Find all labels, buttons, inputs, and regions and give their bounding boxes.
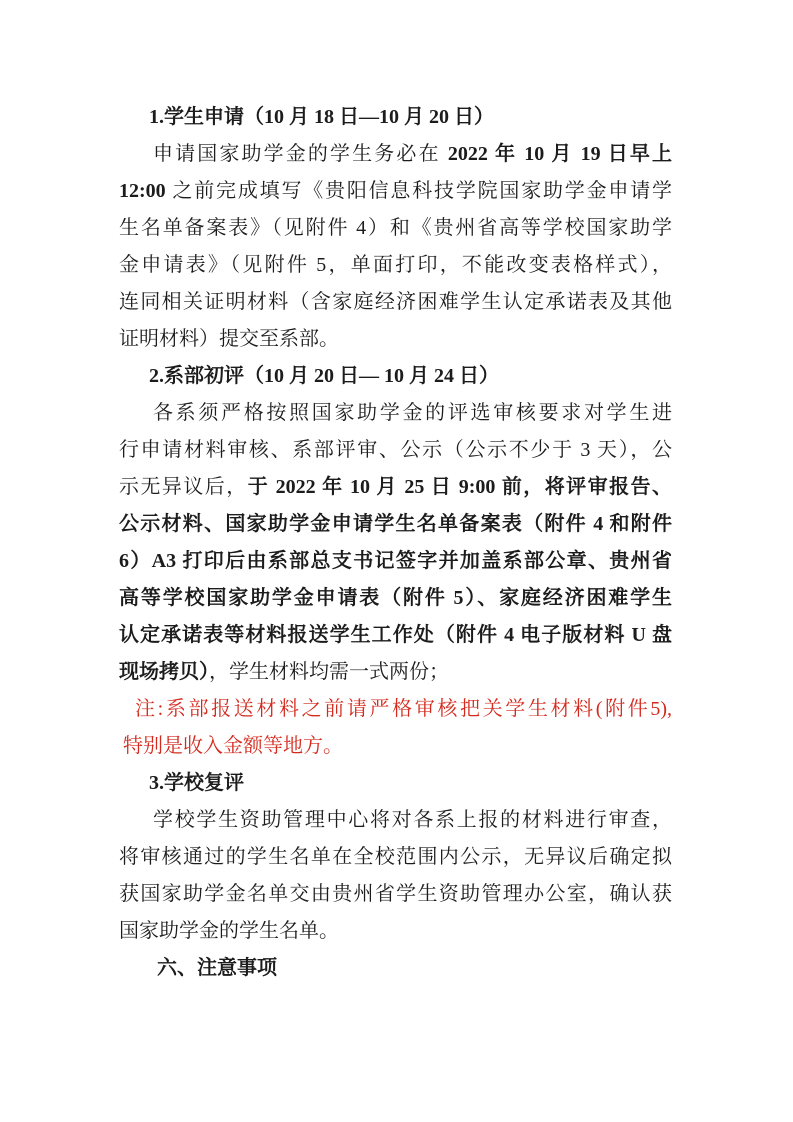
document-content: 1.学生申请（10 月 18 日—10 月 20 日）申请国家助学金的学生务必在… [119,99,672,987]
text-segment: 6）A3 打印后由系部总支书记签字并加盖系部公章、贵州省 [119,550,672,572]
section-heading-student-apply: 1.学生申请（10 月 18 日—10 月 20 日） [119,99,672,136]
para-apply-line-4: 金申请表》（见附件 5，单面打印，不能改变表格样式）， [119,247,672,284]
text-segment: 于 2022 年 10 月 25 日 9:00 前，将评审报告、 [248,476,672,498]
para-apply-line-6: 证明材料）提交至系部。 [119,321,672,358]
para-dept-line-5: 6）A3 打印后由系部总支书记签字并加盖系部公章、贵州省 [119,543,672,580]
para-school-line-1: 学校学生资助管理中心将对各系上报的材料进行审查， [119,802,672,839]
section-heading-notes: 六、注意事项 [119,950,672,987]
para-dept-line-4: 公示材料、国家助学金申请学生名单备案表（附件 4 和附件 [119,506,672,543]
text-segment: 高等学校国家助学金申请表（附件 5）、家庭经济困难学生 [119,587,672,609]
text-segment: 各系须严格按照国家助学金的评选审核要求对学生进 [153,402,672,424]
para-apply-line-3: 生名单备案表》（见附件 4）和《贵州省高等学校国家助学 [119,210,672,247]
text-segment: 获国家助学金名单交由贵州省学生资助管理办公室，确认获 [119,883,672,905]
red-note-line-1: 注:系部报送材料之前请严格审核把关学生材料(附件5), [119,691,672,728]
para-dept-line-1: 各系须严格按照国家助学金的评选审核要求对学生进 [119,395,672,432]
para-dept-line-8: 现场拷贝），学生材料均需一式两份； [119,654,672,691]
text-segment: 之前完成填写《贵阳信息科技学院国家助学金申请学 [166,180,672,202]
para-dept-line-2: 行申请材料审核、系部评审、公示（公示不少于 3 天），公 [119,432,672,469]
text-segment: 申请国家助学金的学生务必在 [153,143,448,165]
text-segment: 将审核通过的学生名单在全校范围内公示，无异议后确定拟 [119,846,672,868]
text-segment: 国家助学金的学生名单。 [119,920,339,942]
text-segment: 2022 年 10 月 19 日早上 [448,143,672,165]
text-segment: 行申请材料审核、系部评审、公示（公示不少于 3 天），公 [119,439,672,461]
text-segment: 2.系部初评（10 月 20 日— 10 月 24 日） [149,365,499,387]
para-school-line-4: 国家助学金的学生名单。 [119,913,672,950]
text-segment: 特别是收入金额等地方。 [123,735,343,757]
para-dept-line-7: 认定承诺表等材料报送学生工作处（附件 4 电子版材料 U 盘 [119,617,672,654]
text-segment: 认定承诺表等材料报送学生工作处（附件 4 电子版材料 U 盘 [119,624,672,646]
text-segment: 生名单备案表》（见附件 4）和《贵州省高等学校国家助学 [119,217,672,239]
para-apply-line-2: 12:00 之前完成填写《贵阳信息科技学院国家助学金申请学 [119,173,672,210]
text-segment: 注:系部报送材料之前请严格审核把关学生材料(附件5), [135,698,672,720]
para-school-line-3: 获国家助学金名单交由贵州省学生资助管理办公室，确认获 [119,876,672,913]
text-segment: 学校学生资助管理中心将对各系上报的材料进行审查， [153,809,672,831]
text-segment: 现场拷贝） [119,661,209,683]
para-apply-line-1: 申请国家助学金的学生务必在 2022 年 10 月 19 日早上 [119,136,672,173]
para-dept-line-3: 示无异议后，于 2022 年 10 月 25 日 9:00 前，将评审报告、 [119,469,672,506]
text-segment: 12:00 [119,180,166,202]
document-page: 1.学生申请（10 月 18 日—10 月 20 日）申请国家助学金的学生务必在… [0,0,793,1122]
red-note-line-2: 特别是收入金额等地方。 [119,728,672,765]
text-segment: 1.学生申请（10 月 18 日—10 月 20 日） [149,106,494,128]
text-segment: 示无异议后， [119,476,248,498]
text-segment: 证明材料）提交至系部。 [119,328,339,350]
section-heading-school-review: 3.学校复评 [119,765,672,802]
text-segment: 公示材料、国家助学金申请学生名单备案表（附件 4 和附件 [119,513,672,535]
para-school-line-2: 将审核通过的学生名单在全校范围内公示，无异议后确定拟 [119,839,672,876]
para-dept-line-6: 高等学校国家助学金申请表（附件 5）、家庭经济困难学生 [119,580,672,617]
text-segment: 六、注意事项 [157,957,277,979]
text-segment: 金申请表》（见附件 5，单面打印，不能改变表格样式）， [119,254,672,276]
para-apply-line-5: 连同相关证明材料（含家庭经济困难学生认定承诺表及其他 [119,284,672,321]
text-segment: 3.学校复评 [149,772,244,794]
text-segment: ，学生材料均需一式两份； [209,661,449,683]
section-heading-dept-review: 2.系部初评（10 月 20 日— 10 月 24 日） [119,358,672,395]
text-segment: 连同相关证明材料（含家庭经济困难学生认定承诺表及其他 [119,291,672,313]
